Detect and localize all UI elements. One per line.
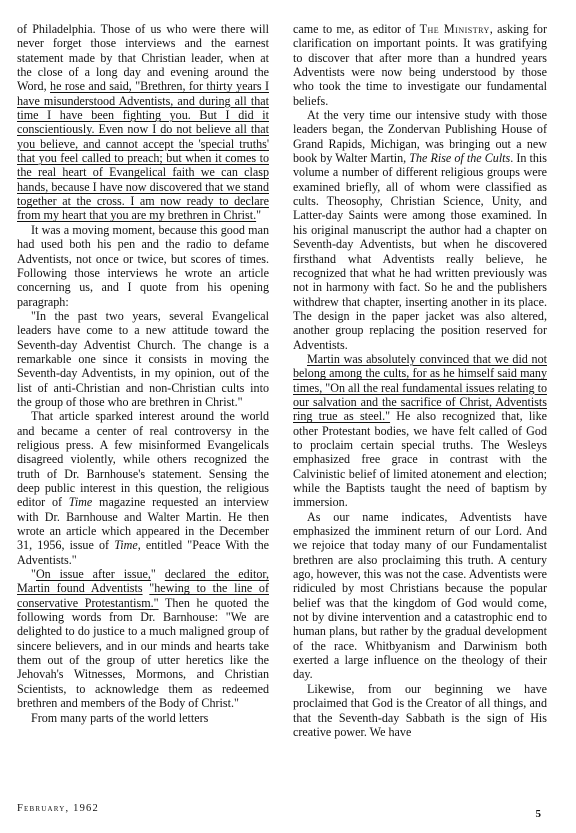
- paragraph-text: came to me, as editor of: [293, 22, 420, 36]
- footer-date: February, 1962: [17, 803, 99, 814]
- paragraph-letters: From many parts of the world letters: [17, 711, 269, 725]
- paragraph-text: He also recognized that, like other Prot…: [293, 409, 547, 509]
- paragraph-article-quote: "In the past two years, several Evangeli…: [17, 309, 269, 409]
- magazine-title: Time: [114, 538, 138, 552]
- paragraph-text: Then he quoted the following words from …: [17, 596, 269, 710]
- magazine-title: The Ministry: [420, 22, 490, 36]
- paragraph-likewise: Likewise, from our beginning we have pro…: [293, 682, 547, 739]
- paragraph-text: That article sparked interest around the…: [17, 409, 269, 509]
- paragraph-zondervan: At the very time our intensive study wit…: [293, 108, 547, 352]
- book-title: The Rise of the Cults: [409, 151, 510, 165]
- paragraph-ministry-editor: came to me, as editor of The Ministry, a…: [293, 22, 547, 108]
- magazine-title: Time: [69, 495, 93, 509]
- underlined-quote: he rose and said, "Brethren, for thirty …: [17, 79, 269, 222]
- paragraph-text: ": [151, 567, 165, 581]
- paragraph-moving-moment: It was a moving moment, because this goo…: [17, 223, 269, 309]
- paragraph-issue-after-issue: "On issue after issue," declared the edi…: [17, 567, 269, 710]
- paragraph-our-name: As our name indicates, Adventists have e…: [293, 510, 547, 682]
- paragraph-text: . In this volume a number of different r…: [293, 151, 547, 351]
- paragraph-barnhouse-statement: of Philadelphia. Those of us who were th…: [17, 22, 269, 223]
- left-column: of Philadelphia. Those of us who were th…: [17, 22, 269, 725]
- paragraph-martin-convinced: Martin was absolutely convinced that we …: [293, 352, 547, 510]
- paragraph-text: ": [256, 208, 261, 222]
- paragraph-time-interview: That article sparked interest around the…: [17, 409, 269, 567]
- page-number: 5: [536, 808, 542, 820]
- underlined-quote: On issue after issue,: [36, 567, 151, 581]
- right-column: came to me, as editor of The Ministry, a…: [293, 22, 547, 739]
